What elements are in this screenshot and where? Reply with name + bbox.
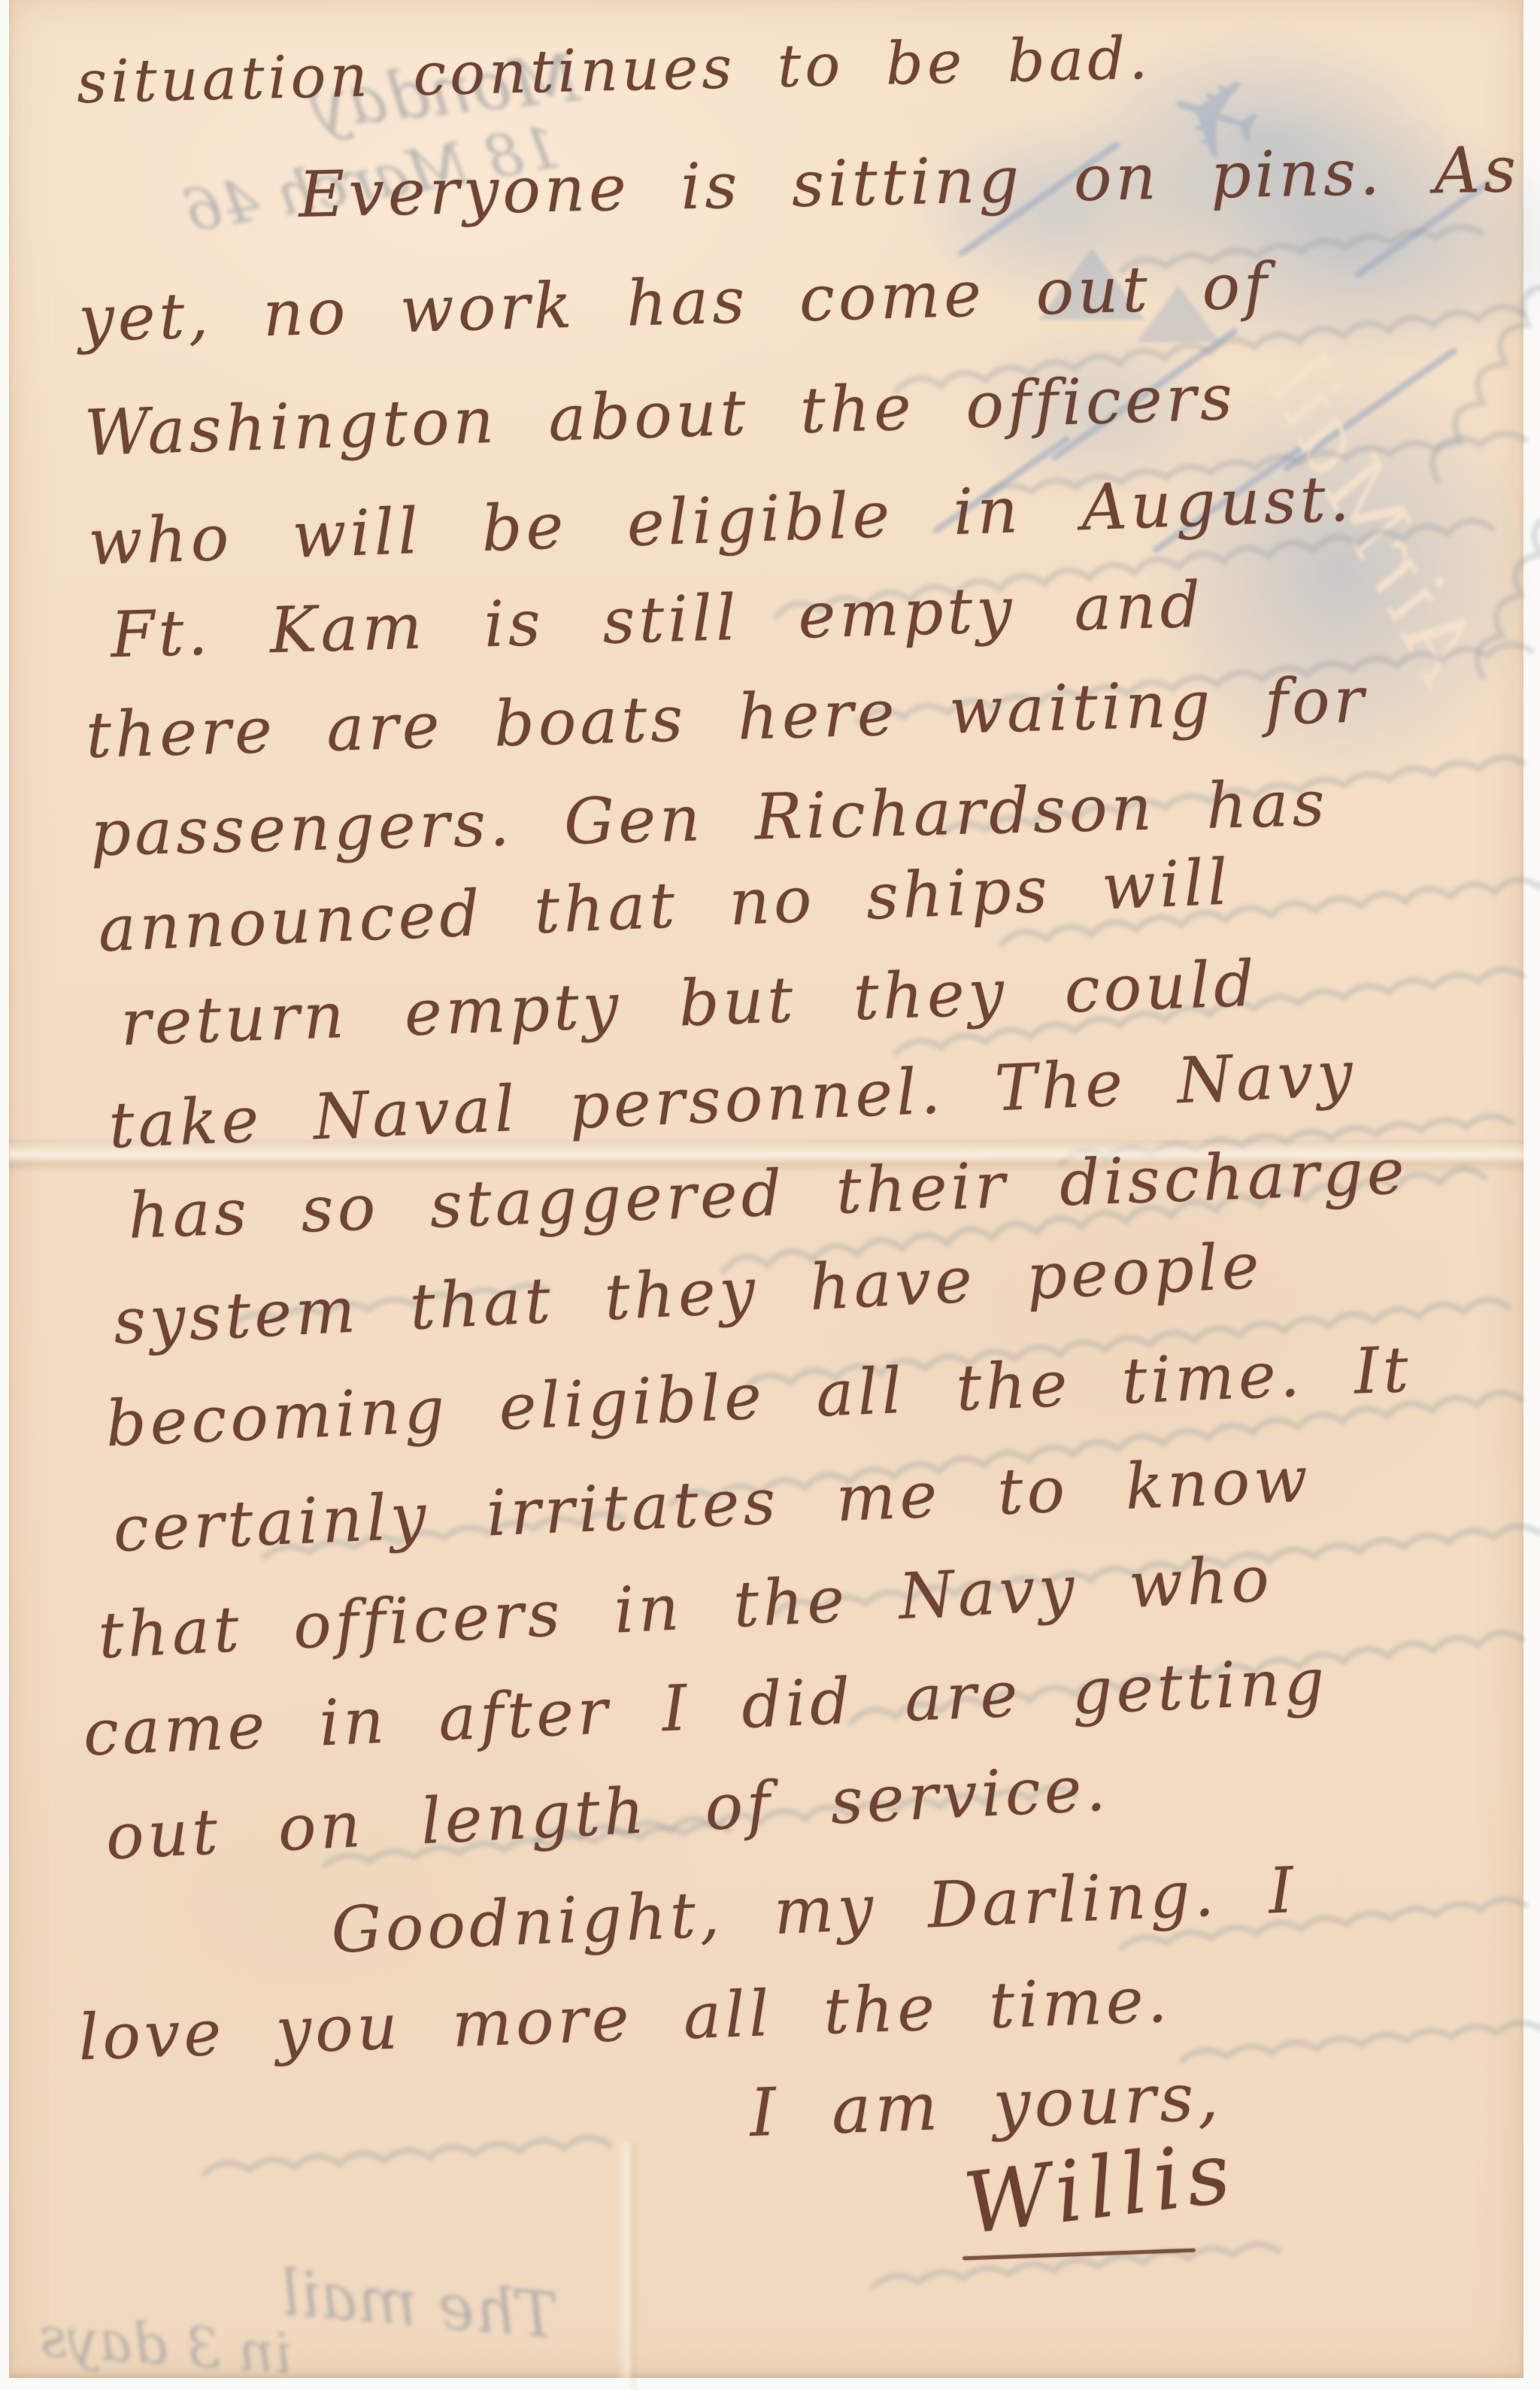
fold-crease: [617, 2143, 639, 2390]
scanned-letter-page: ✈ AirMail Monday 18 March 46 The mail in…: [0, 0, 1540, 2390]
bleed-through-text: in 3 days: [38, 2309, 294, 2382]
letter-paper: ✈ AirMail Monday 18 March 46 The mail in…: [9, 0, 1523, 2378]
